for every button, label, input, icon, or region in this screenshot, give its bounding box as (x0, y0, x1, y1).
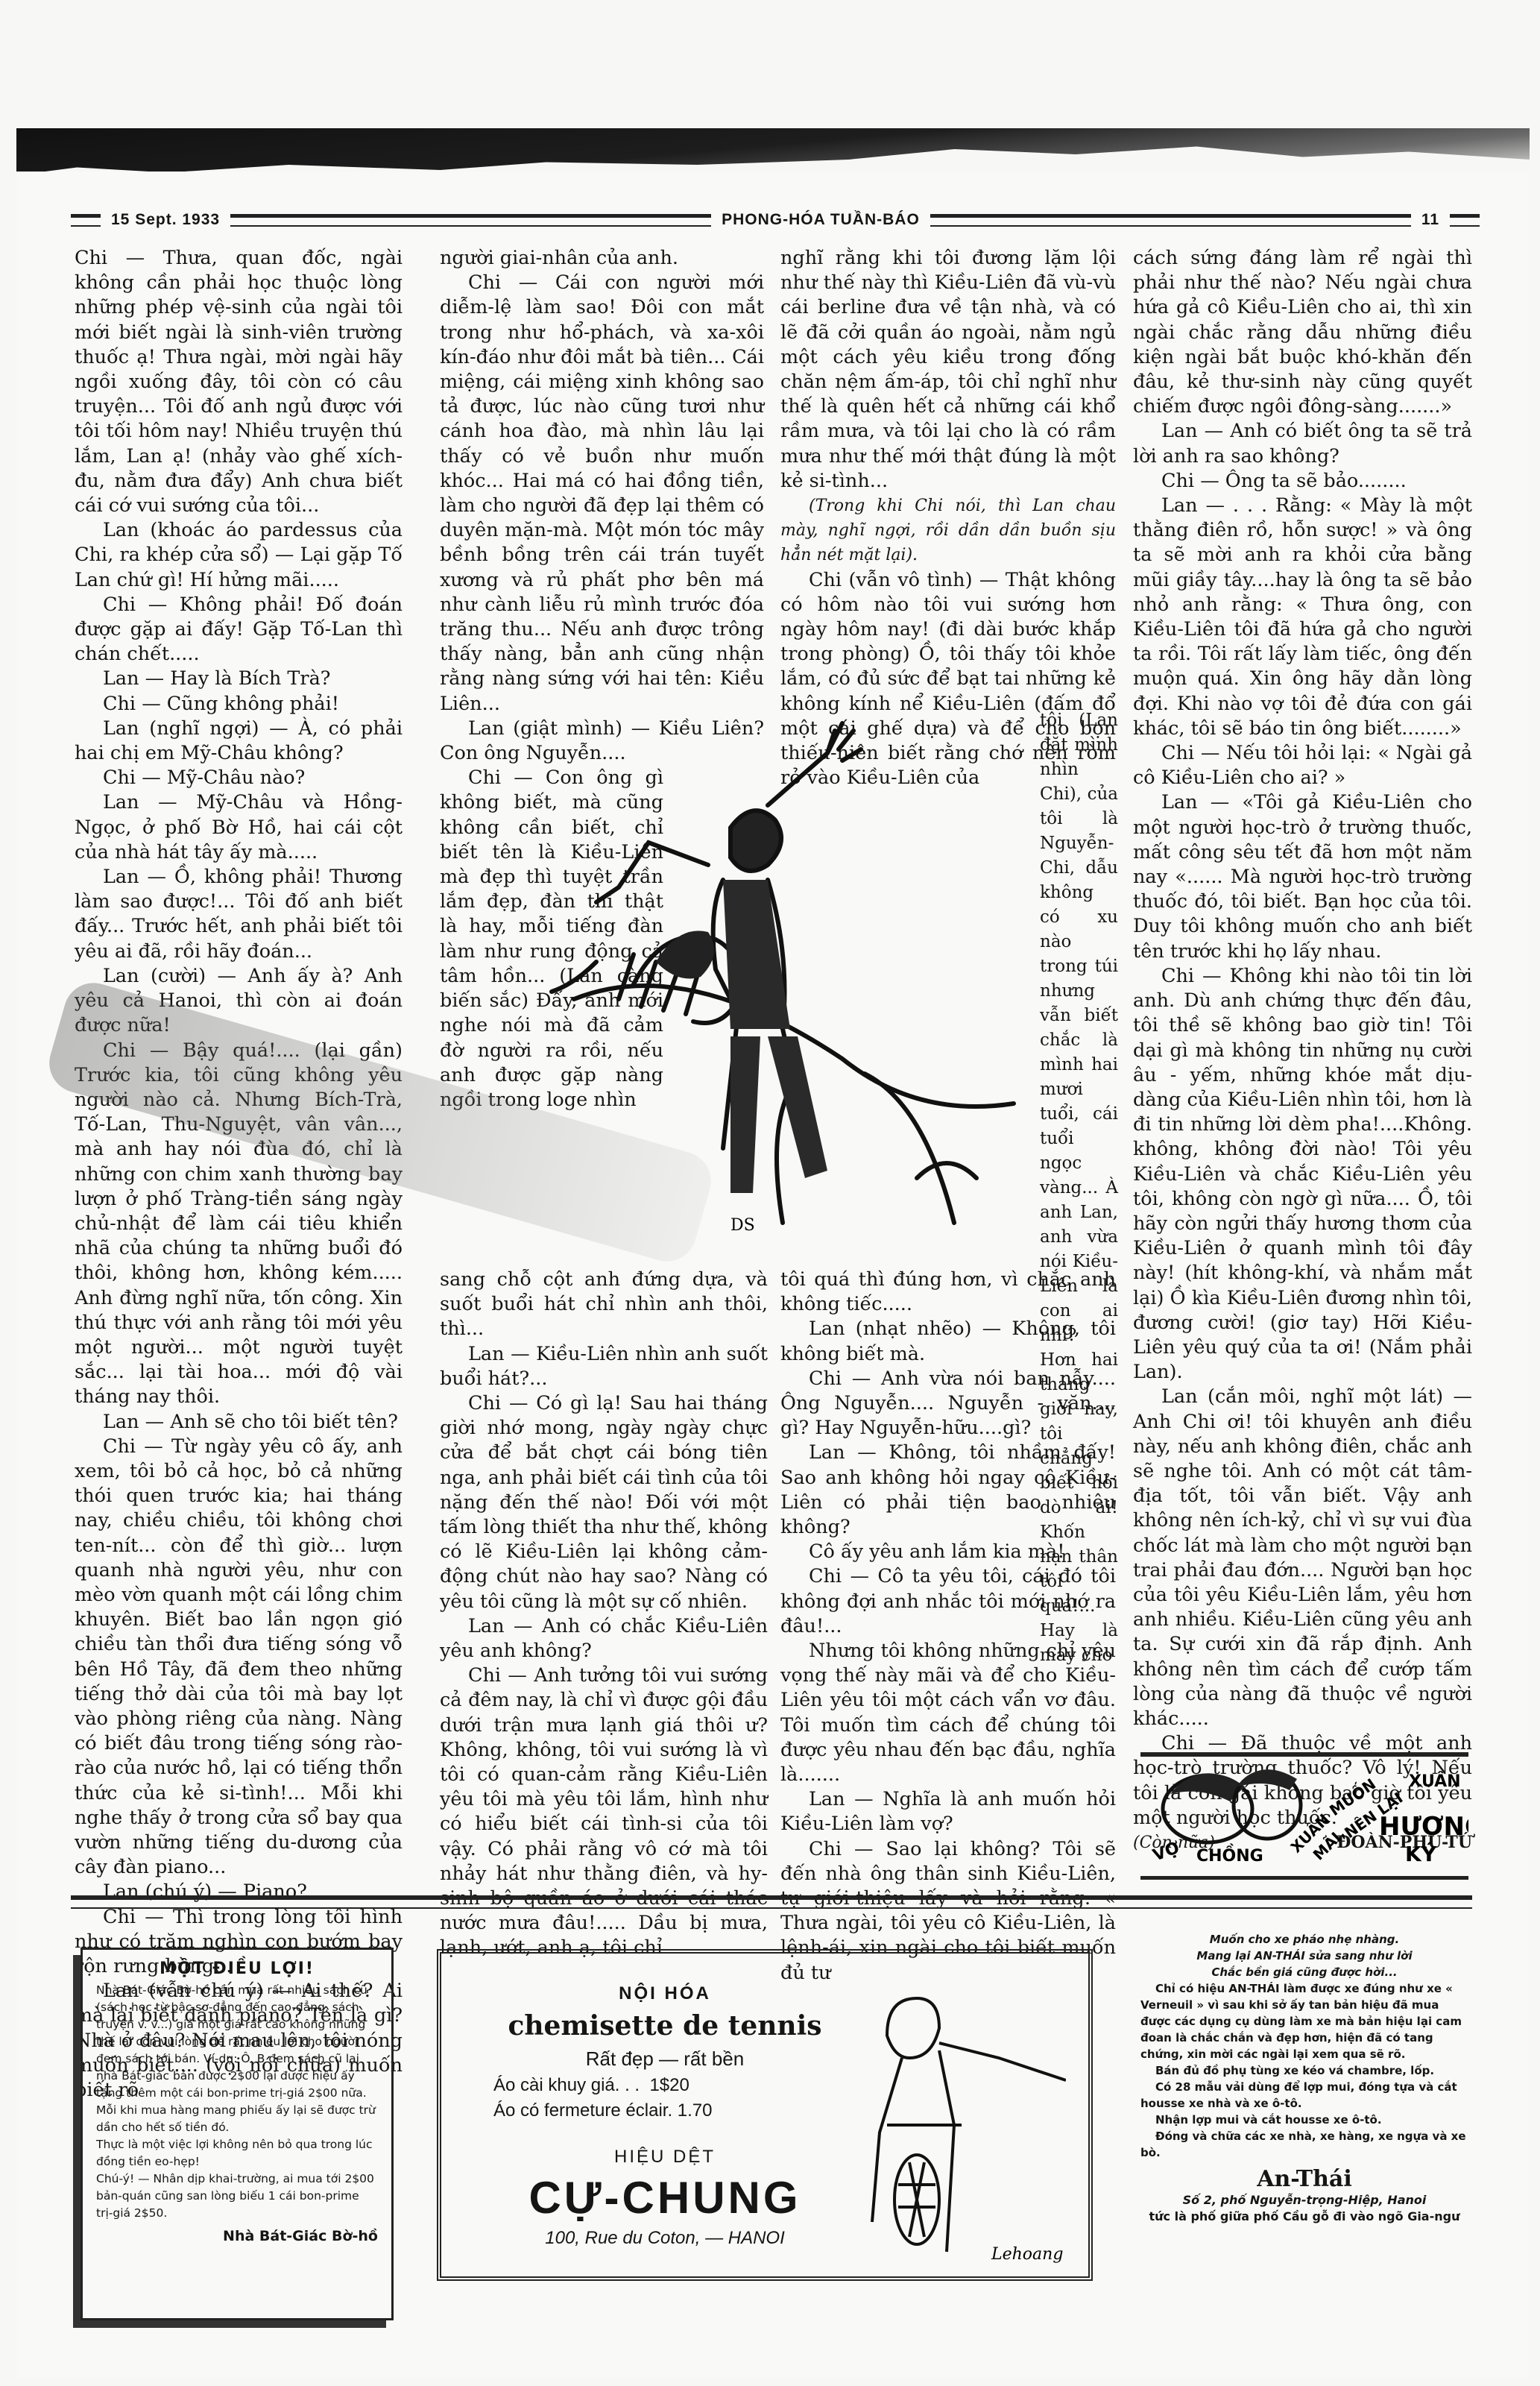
paragraph: Chi — Anh tưởng tôi vui sướng cả đêm nay… (440, 1663, 768, 1960)
paragraph: Chi — Thưa, quan đốc, ngài không cần phả… (75, 246, 403, 518)
ad-body: Nhận lợp mui và cắt housse xe ô-tô. (1140, 2112, 1468, 2128)
paragraph: Chi — Cô ta yêu tôi, cái đó tôi không đợ… (780, 1564, 1116, 1639)
article-column-4: cách sứng đáng làm rể ngài thì phải như … (1133, 246, 1472, 1855)
ad-verse: Muốn cho xe pháo nhẹ nhàng. (1140, 1931, 1468, 1948)
article-column-2-lower: sang chỗ cột anh đứng dựa, và suốt buổi … (440, 1268, 768, 1961)
ad-body: Chú-ý! — Nhân dịp khai-trường, ai mua tớ… (96, 2171, 378, 2222)
paragraph: Lan (nghĩ ngợi) — À, có phải hai chị em … (75, 717, 403, 766)
price-row: Áo cài khuy giá. . . 1$20 (471, 2075, 859, 2096)
paragraph: Chi — Mỹ-Châu nào? (75, 766, 403, 790)
price-row: Áo có fermeture éclair. 1.70 (471, 2100, 859, 2121)
ad-signature: Nhà Bát-Giác Bờ-hồ (96, 2228, 378, 2245)
paragraph: Chi — Cái con người mới diễm-lệ làm sao!… (440, 271, 764, 717)
ad-address-note: tức là phố giữa phố Cầu gỗ đi vào ngõ Gi… (1140, 2209, 1468, 2225)
page-number: 11 (1421, 211, 1439, 229)
ad-bat-giac: MỘT ĐIỀU LỢI! Nhà Bát-Giác Bờ-hồ cần mua… (81, 1948, 394, 2320)
section-divider (71, 1895, 1472, 1909)
ad-brand: An-Thái (1140, 2171, 1468, 2188)
ad-shop-type: HIỆU DỆT (471, 2147, 859, 2168)
ad-address: Số 2, phố Nguyễn-trọng-Hiệp, Hanoi (1140, 2192, 1468, 2209)
paragraph: Chi — Anh vừa nói ban nẫy.... Ông Nguyễn… (780, 1367, 1116, 1441)
header-rule (1450, 214, 1480, 227)
svg-text:XUÂN: XUÂN (1409, 1772, 1461, 1791)
paragraph: Lan — Anh có chắc Kiều-Liên yêu anh khôn… (440, 1614, 768, 1663)
svg-text:HƯƠNG: HƯƠNG (1379, 1812, 1468, 1842)
svg-text:CHỒNG: CHỒNG (1196, 1844, 1263, 1866)
paragraph: Chi — Cũng không phải! (75, 692, 403, 717)
faces-logo-icon: VỢ CHỒNG XUÂN MÃI, MUỐN NÊN LẠI XUÂN HƯƠ… (1140, 1757, 1468, 1869)
svg-text:DS: DS (730, 1216, 755, 1235)
paragraph: Chi — Không phải! Đố đoán được gặp ai đấ… (75, 593, 403, 667)
paragraph: Chi — Có gì lạ! Sau hai tháng giời nhớ m… (440, 1391, 768, 1614)
ad-body: Nhà Bát-Giác Bờ-hồ cần mua rất nhiều sác… (96, 1982, 378, 2136)
article-column-3-lower: tôi quá thì đúng hơn, vì chắc anh không … (780, 1268, 1116, 1986)
ad-body: Đóng và chữa các xe nhà, xe hàng, xe ngự… (1140, 2128, 1468, 2161)
paragraph: người giai-nhân của anh. (440, 246, 764, 271)
paragraph: Lan — Kiều-Liên nhìn anh suốt buổi hát?.… (440, 1342, 768, 1391)
paragraph: Chi — Bậy quá!.... (lại gần) Trước kia, … (75, 1039, 403, 1410)
ad-body: Có 28 mẫu vải dùng để lợp mui, đóng tựa … (1140, 2079, 1468, 2112)
svg-text:VỢ: VỢ (1151, 1839, 1183, 1866)
paragraph: Lan — Ồ, không phải! Thương làm sao được… (75, 865, 403, 964)
paragraph: Lan — Mỹ-Châu và Hồng-Ngọc, ở phố Bờ Hồ,… (75, 790, 403, 865)
ad-body: Chỉ có hiệu AN-THÁI làm được xe đúng như… (1140, 1980, 1468, 2062)
paragraph: Lan (cắn môi, nghĩ một lát) — Anh Chi ơi… (1133, 1385, 1472, 1731)
header-rule (930, 214, 1411, 227)
ad-tagline: Rất đẹp — rất bền (471, 2047, 859, 2071)
paragraph: Lan — . . . Rằng: « Mày là một thằng điê… (1133, 494, 1472, 741)
ad-text-block: NỘI HÓA chemisette de tennis Rất đẹp — r… (471, 1983, 859, 2249)
ad-product: chemisette de tennis (471, 2010, 859, 2042)
paragraph: Chi — Từ ngày yêu cô ấy, anh xem, tôi bỏ… (75, 1435, 403, 1880)
newspaper-title: PHONG-HÓA TUẦN-BÁO (722, 211, 920, 229)
paragraph: Lan (nhạt nhẽo) — Không, tôi không biết … (780, 1317, 1116, 1366)
paragraph: Lan — Hay là Bích Trà? (75, 667, 403, 691)
article-column-1: Chi — Thưa, quan đốc, ngài không cần phả… (75, 246, 403, 2103)
paragraph: nghĩ rằng khi tôi đương lặm lội như thế … (780, 246, 1116, 494)
tennis-player-icon: Lehoang (842, 1976, 1066, 2267)
paragraph: Nhưng tôi không những chỉ yêu vọng thế n… (780, 1639, 1116, 1787)
ad-an-thai: Muốn cho xe pháo nhẹ nhàng. Mang lại AN-… (1140, 1931, 1468, 2349)
paragraph: Cô ấy yêu anh lắm kia mà! (780, 1540, 1116, 1564)
paragraph: Chi — Không khi nào tôi tin lời anh. Dù … (1133, 964, 1472, 1385)
paragraph: Chi — Ông ta sẽ bảo........ (1133, 469, 1472, 494)
page-header: 15 Sept. 1933 PHONG-HÓA TUẦN-BÁO 11 (71, 213, 1480, 227)
paragraph: Lan (cười) — Anh ấy à? Anh yêu cả Hanoi,… (75, 964, 403, 1039)
paragraph: Lan (khoác áo pardessus của Chi, ra khép… (75, 518, 403, 593)
paragraph: Chi — Nếu tôi hỏi lại: « Ngài gả cô Kiều… (1133, 741, 1472, 790)
svg-text:KÝ: KÝ (1405, 1841, 1437, 1866)
ad-title: MỘT ĐIỀU LỢI! (96, 1960, 378, 1977)
paragraph: Lan — Không, tôi nhầm đấy! Sao anh không… (780, 1441, 1116, 1540)
paragraph: Lan — Anh có biết ông ta sẽ trả lời anh … (1133, 419, 1472, 468)
paragraph: tôi quá thì đúng hơn, vì chắc anh không … (780, 1268, 1116, 1317)
header-rule (230, 214, 711, 227)
paragraph: cách sứng đáng làm rể ngài thì phải như … (1133, 246, 1472, 419)
svg-text:Lehoang: Lehoang (991, 2245, 1063, 2264)
ad-address: 100, Rue du Coton, — HANOI (471, 2228, 859, 2249)
paragraph: Lan — Nghĩa là anh muốn hỏi Kiều-Liên là… (780, 1787, 1116, 1836)
ad-body: Bán đủ đồ phụ tùng xe kéo vá chambre, lố… (1140, 2062, 1468, 2079)
stage-direction: (Trong khi Chi nói, thì Lan chau mày, ng… (780, 494, 1116, 568)
ad-huong-ky: VỢ CHỒNG XUÂN MÃI, MUỐN NÊN LẠI XUÂN HƯƠ… (1140, 1752, 1468, 1880)
paragraph: Lan — «Tôi gả Kiều-Liên cho một người họ… (1133, 790, 1472, 963)
ad-body: Thực là một việc lợi không nên bỏ qua tr… (96, 2136, 378, 2171)
ad-header: NỘI HÓA (471, 1983, 859, 2004)
ad-verse: Chắc bền giá cũng được hời... (1140, 1964, 1468, 1980)
paragraph: Lan — Anh sẽ cho tôi biết tên? (75, 1410, 403, 1435)
paragraph: sang chỗ cột anh đứng dựa, và suốt buổi … (440, 1268, 768, 1342)
ad-verse: Mang lại AN-THÁI sửa sang như lời (1140, 1948, 1468, 1964)
ad-cu-chung: NỘI HÓA chemisette de tennis Rất đẹp — r… (437, 1949, 1093, 2281)
illustration-two-men-icon: DS (544, 716, 1066, 1238)
issue-date: 15 Sept. 1933 (111, 211, 220, 229)
header-rule (71, 214, 101, 227)
ad-brand: CỰ-CHUNG (471, 2172, 859, 2223)
